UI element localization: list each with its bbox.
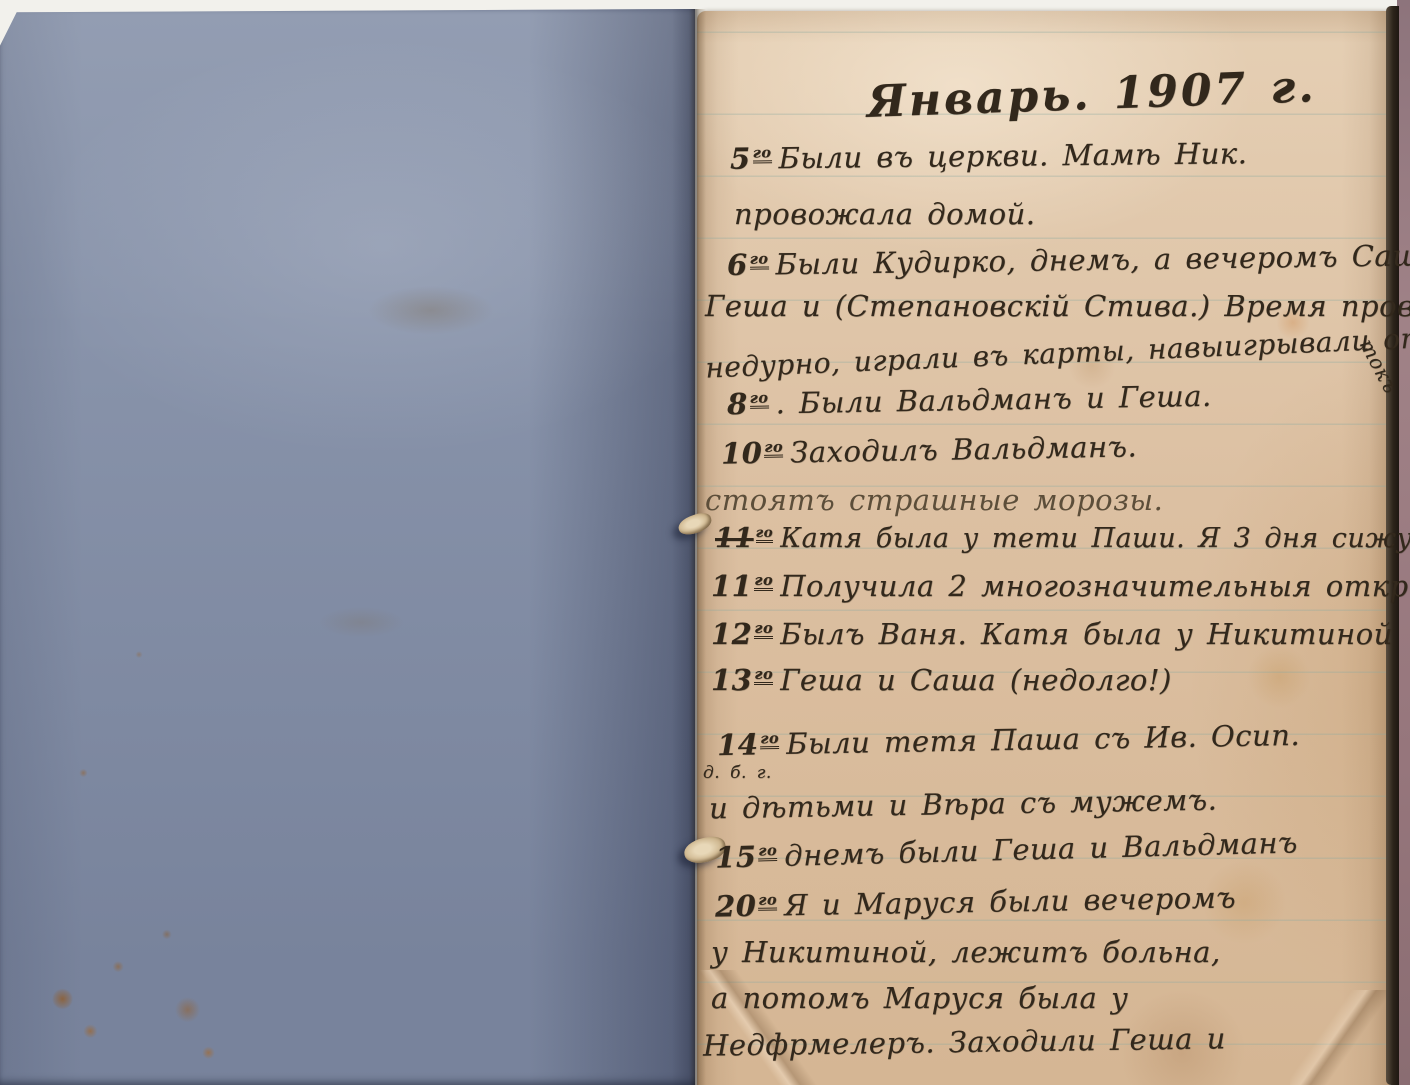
diary-line: 11гоПолучила 2 многозначительныя открытк… bbox=[711, 569, 1410, 603]
diary-line: 5гоБыли въ церкви. Мамѣ Ник. bbox=[730, 136, 1248, 175]
binding-gutter bbox=[672, 9, 706, 1085]
diary-line: у Никитиной, лежитъ больна, bbox=[711, 935, 1221, 969]
scanned-diary-spread: Январь. 1907 г. 5гоБыли въ церкви. Мамѣ … bbox=[0, 0, 1410, 1085]
diary-line: 11гоКатя была у тети Паши. Я 3 дня сижу … bbox=[715, 523, 1410, 554]
diary-line: 12гоБылъ Ваня. Катя была у Никитиной bbox=[711, 617, 1393, 651]
diary-line: стоятъ страшные морозы. bbox=[705, 483, 1163, 517]
right-diary-page: Январь. 1907 г. 5гоБыли въ церкви. Мамѣ … bbox=[697, 11, 1390, 1085]
diary-line: 10гоЗаходилъ Вальдманъ. bbox=[721, 429, 1138, 470]
diary-line: д. б. г. bbox=[703, 763, 772, 783]
diary-line: провожала домой. bbox=[734, 197, 1036, 231]
diary-line: 13гоГеша и Саша (недолго!) bbox=[711, 663, 1172, 697]
diary-line: а потомъ Маруся была у bbox=[711, 981, 1128, 1015]
left-cover-page bbox=[0, 9, 695, 1085]
diary-line: Геша и (Степановскій Стива.) Время прове… bbox=[705, 289, 1410, 323]
